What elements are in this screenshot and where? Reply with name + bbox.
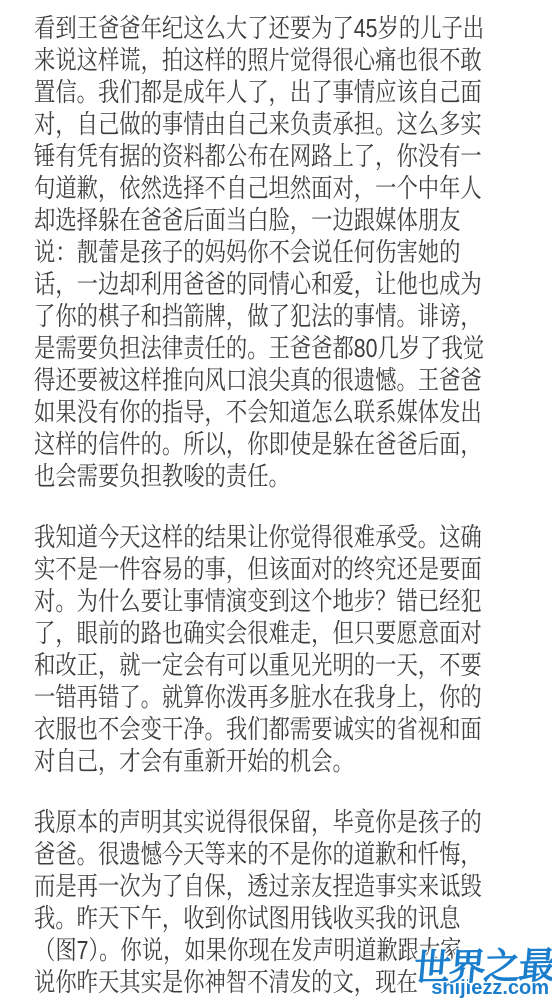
paragraph-2: 我知道今天这样的结果让你觉得很难承受。这确 实不是一件容易的事，但该面对的终究还…: [34, 521, 551, 777]
statement-page: 看到王爸爸年纪这么大了还要为了45岁的儿子出 来说这样谎，拍这样的照片觉得很心痛…: [0, 0, 552, 1000]
paragraph-1: 看到王爸爸年纪这么大了还要为了45岁的儿子出 来说这样谎，拍这样的照片觉得很心痛…: [34, 12, 551, 492]
paragraph-3: 我原本的声明其实说得很保留，毕竟你是孩子的 爸爸。很遗憾今天等来的不是你的道歉和…: [34, 806, 551, 998]
statement-text: 看到王爸爸年纪这么大了还要为了45岁的儿子出 来说这样谎，拍这样的照片觉得很心痛…: [0, 0, 552, 998]
